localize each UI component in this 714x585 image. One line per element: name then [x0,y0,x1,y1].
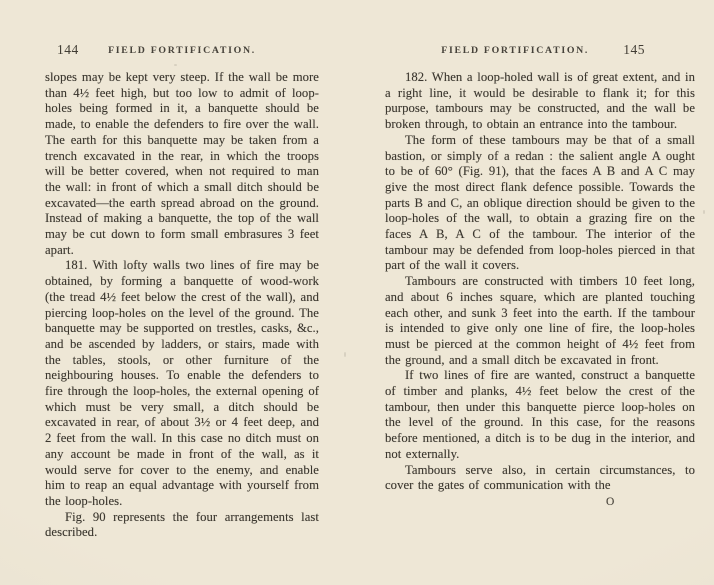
book-scan-screenshot: { "document": { "type": "scanned-book-sp… [0,0,714,585]
paragraph-181: 181. With lofty walls two lines of fire … [45,258,319,509]
page-145: FIELD FORTIFICATION. 145 182. When a loo… [385,42,695,511]
page-header-right: FIELD FORTIFICATION. 145 [385,42,695,59]
paragraph-tambour-form: The form of these tambours may be that o… [385,133,695,274]
scan-speck [703,210,705,214]
running-head-left: FIELD FORTIFICATION. [108,45,256,56]
paragraph-two-lines-of-fire: If two lines of fire are wanted, constru… [385,368,695,462]
paragraph-182: 182. When a loop-holed wall is of great … [385,70,695,133]
paragraph-fig90-note: Fig. 90 represents the four arrangements… [45,510,319,541]
running-head-right: FIELD FORTIFICATION. [441,45,589,56]
page-number-right: 145 [623,42,645,58]
page-144: 144 FIELD FORTIFICATION. slopes may be k… [45,42,319,541]
paragraph-tambour-construction: Tambours are constructed with timbers 10… [385,274,695,368]
paragraph-tambours-gates: Tambours serve also, in certain circumst… [385,463,695,494]
paragraph-continuation: slopes may be kept very steep. If the wa… [45,70,319,258]
page-header-left: 144 FIELD FORTIFICATION. [45,42,319,59]
page-body-left: slopes may be kept very steep. If the wa… [45,70,319,541]
page-number-left: 144 [57,42,79,58]
scan-speck [344,352,346,357]
page-body-right: 182. When a loop-holed wall is of great … [385,70,695,511]
printer-signature-mark: O [606,495,695,511]
